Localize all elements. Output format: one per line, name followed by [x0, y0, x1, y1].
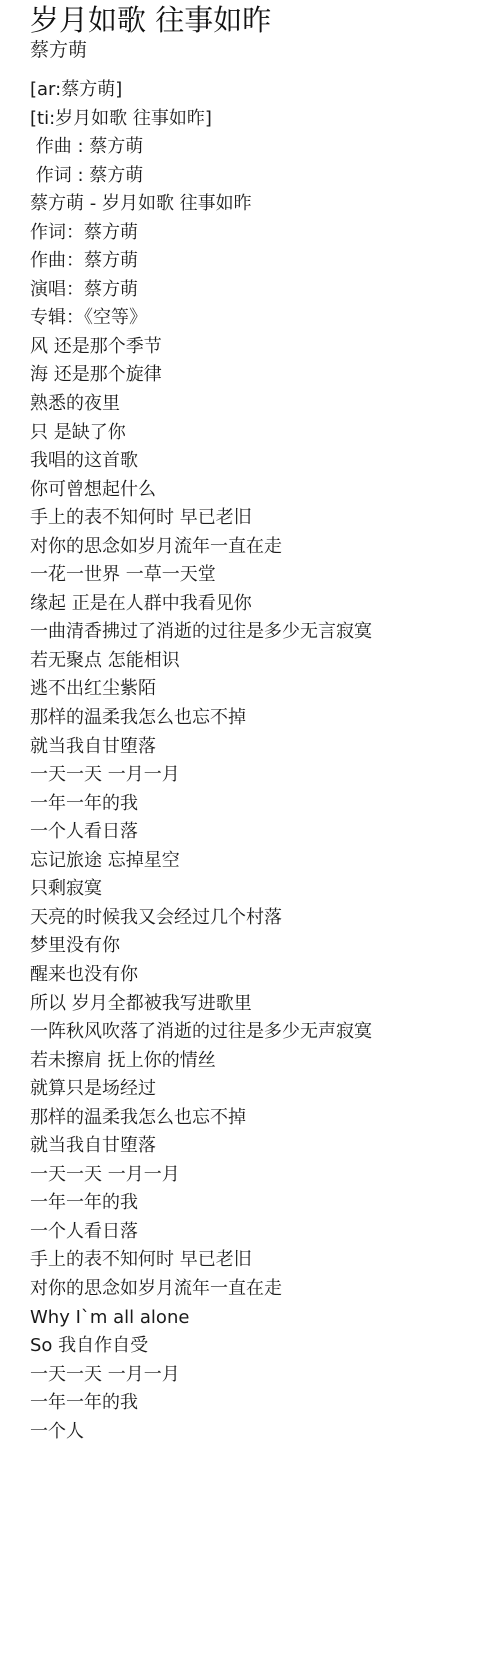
lyric-line: 只剩寂寞	[30, 875, 490, 904]
lyric-line: 一花一世界 一草一天堂	[30, 561, 490, 590]
lyric-line: 一阵秋风吹落了消逝的过往是多少无声寂寞	[30, 1018, 490, 1047]
lyric-line: 梦里没有你	[30, 932, 490, 961]
lyric-line: 作词 : 蔡方萌	[30, 162, 490, 191]
lyric-line: 一天一天 一月一月	[30, 761, 490, 790]
lyric-line: 就当我自甘堕落	[30, 1132, 490, 1161]
lyric-line: 作曲 : 蔡方萌	[30, 133, 490, 162]
lyric-line: 若未擦肩 抚上你的情丝	[30, 1047, 490, 1076]
lyric-line: 手上的表不知何时 早已老旧	[30, 504, 490, 533]
lyric-line: 若无聚点 怎能相识	[30, 647, 490, 676]
lyric-line: 就当我自甘堕落	[30, 733, 490, 762]
song-title: 岁月如歌 往事如昨	[30, 2, 490, 38]
lyric-line: So 我自作自受	[30, 1332, 490, 1361]
lyric-line: 作词：蔡方萌	[30, 219, 490, 248]
lyrics-list: [ar:蔡方萌][ti:岁月如歌 往事如昨] 作曲 : 蔡方萌 作词 : 蔡方萌…	[30, 76, 490, 1446]
lyric-line: 一个人	[30, 1418, 490, 1447]
lyric-line: 一个人看日落	[30, 818, 490, 847]
lyric-line: 熟悉的夜里	[30, 390, 490, 419]
lyric-line: 天亮的时候我又会经过几个村落	[30, 904, 490, 933]
lyric-line: 对你的思念如岁月流年一直在走	[30, 1275, 490, 1304]
lyric-line: 你可曾想起什么	[30, 476, 490, 505]
lyric-line: 逃不出红尘紫陌	[30, 675, 490, 704]
song-artist: 蔡方萌	[30, 38, 490, 62]
lyric-line: 演唱：蔡方萌	[30, 276, 490, 305]
lyric-line: 专辑：《空等》	[30, 304, 490, 333]
lyric-line: 忘记旅途 忘掉星空	[30, 847, 490, 876]
lyric-line: 所以 岁月全都被我写进歌里	[30, 990, 490, 1019]
lyric-line: [ar:蔡方萌]	[30, 76, 490, 105]
lyric-line: 蔡方萌 - 岁月如歌 往事如昨	[30, 190, 490, 219]
lyric-line: 对你的思念如岁月流年一直在走	[30, 533, 490, 562]
lyric-line: 一年一年的我	[30, 790, 490, 819]
lyric-line: 一个人看日落	[30, 1218, 490, 1247]
lyric-line: [ti:岁月如歌 往事如昨]	[30, 105, 490, 134]
lyric-line: 一天一天 一月一月	[30, 1161, 490, 1190]
lyric-line: 一曲清香拂过了消逝的过往是多少无言寂寞	[30, 618, 490, 647]
lyric-line: 手上的表不知何时 早已老旧	[30, 1246, 490, 1275]
lyric-line: 那样的温柔我怎么也忘不掉	[30, 704, 490, 733]
lyric-line: 一天一天 一月一月	[30, 1361, 490, 1390]
lyric-line: 一年一年的我	[30, 1189, 490, 1218]
lyrics-page: 岁月如歌 往事如昨 蔡方萌 [ar:蔡方萌][ti:岁月如歌 往事如昨] 作曲 …	[30, 0, 490, 1446]
lyric-line: Why I`m all alone	[30, 1304, 490, 1333]
lyric-line: 作曲：蔡方萌	[30, 247, 490, 276]
lyric-line: 我唱的这首歌	[30, 447, 490, 476]
lyric-line: 只 是缺了你	[30, 419, 490, 448]
lyric-line: 就算只是场经过	[30, 1075, 490, 1104]
lyric-line: 醒来也没有你	[30, 961, 490, 990]
lyric-line: 一年一年的我	[30, 1389, 490, 1418]
lyric-line: 缘起 正是在人群中我看见你	[30, 590, 490, 619]
lyric-line: 海 还是那个旋律	[30, 361, 490, 390]
lyric-line: 那样的温柔我怎么也忘不掉	[30, 1104, 490, 1133]
lyric-line: 风 还是那个季节	[30, 333, 490, 362]
